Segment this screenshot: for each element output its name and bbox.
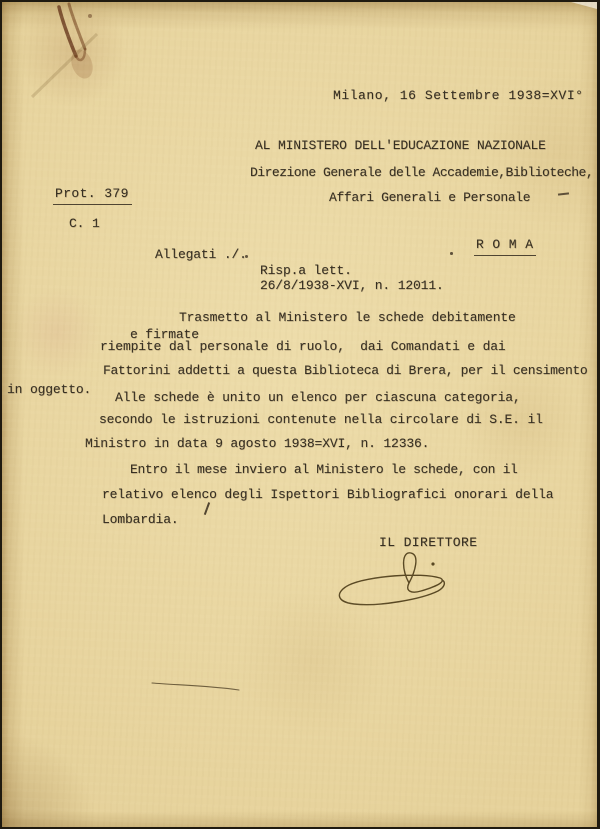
reference-line-2: 26/8/1938-XVI, n. 12011. [260,278,444,294]
signature-flourish [332,542,462,617]
recipient-line-1: AL MINISTERO DELL'EDUCAZIONE NAZIONALE [255,138,546,154]
body-p1-line-2: riempite dal personale di ruolo, dai Com… [100,339,506,355]
date-line: Milano, 16 Settembre 1938=XVI° [333,88,584,104]
paperclip-rust-mark [27,2,127,112]
ink-dot [450,252,453,255]
body-p2-line-1: Alle schede è unito un elenco per ciascu… [115,390,521,406]
classification-code: C. 1 [69,216,100,232]
document-scan: Milano, 16 Settembre 1938=XVI° AL MINIST… [0,0,600,829]
body-p1-line-1: Trasmetto al Ministero le schede debitam… [179,310,516,326]
reference-line-1: Risp.a lett. [260,263,352,279]
body-p3-line-3: Lombardia. [102,512,179,528]
recipient-line-2: Direzione Generale delle Accademie,Bibli… [250,165,593,181]
attachments-line: Allegati ./. [155,247,247,263]
pen-dash-mark [558,192,569,195]
body-p2-line-2: secondo le istruzioni contenute nella ci… [99,412,543,428]
letter-page: Milano, 16 Settembre 1938=XVI° AL MINIST… [2,2,597,827]
recipient-city: R O M A [474,237,536,256]
body-p3-line-2: relativo elenco degli Ispettori Bibliogr… [102,487,553,503]
body-p2-line-3: Ministro in data 9 agosto 1938=XVI, n. 1… [85,436,429,452]
body-p1-line-3: Fattorini addetti a questa Biblioteca di… [103,363,587,379]
recipient-line-3: Affari Generali e Personale [329,190,530,206]
scan-corner-sliver [571,2,597,9]
body-p1-line-4: in oggetto. [7,382,91,398]
body-p3-line-1: Entro il mese inviero al Ministero le sc… [130,462,517,478]
pen-accent-mark [204,502,210,515]
stray-pen-line [147,677,247,697]
protocol-number: Prot. 379 [53,186,132,205]
